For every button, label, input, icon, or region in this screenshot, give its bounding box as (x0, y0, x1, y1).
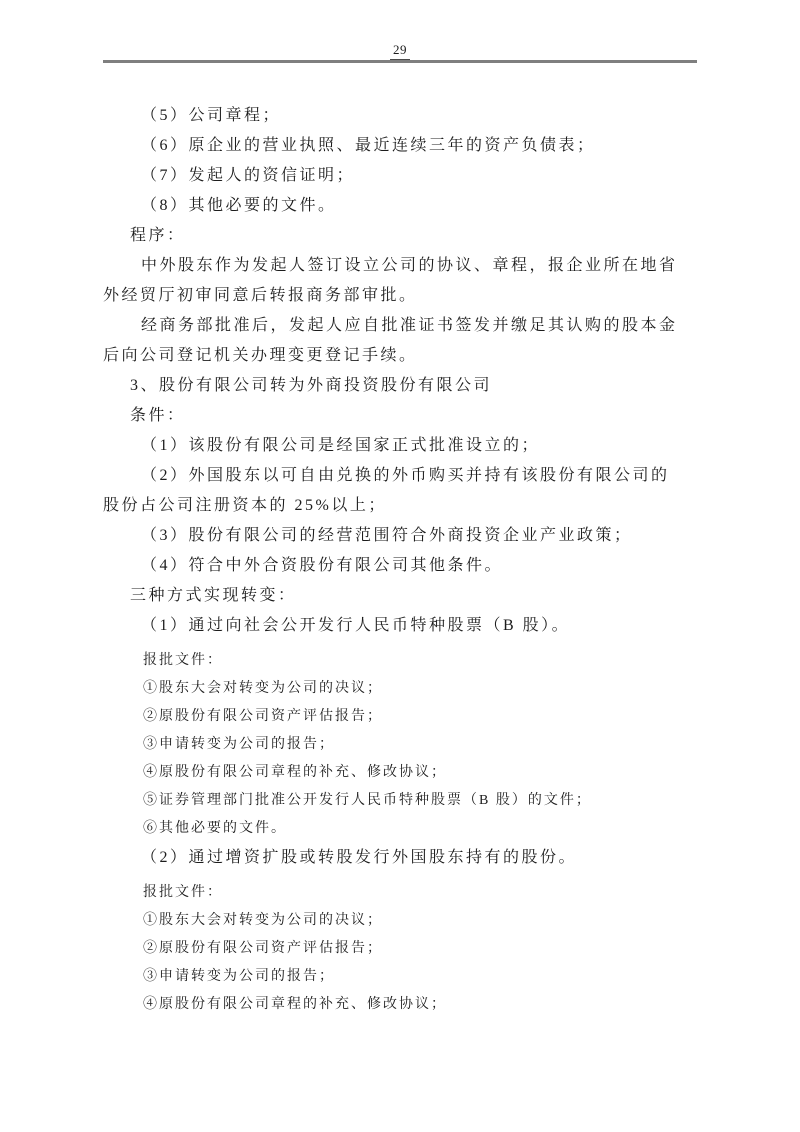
text-line: （5）公司章程； (103, 101, 697, 131)
text-line: ③申请转变为公司的报告； (103, 963, 697, 991)
text-line: ①股东大会对转变为公司的决议； (103, 675, 697, 703)
text-line: （8）其他必要的文件。 (103, 191, 697, 221)
text-line: （7）发起人的资信证明； (103, 161, 697, 191)
text-line: ⑤证券管理部门批准公开发行人民币特种股票（B 股）的文件； (103, 787, 697, 815)
page-header: 29 (0, 42, 800, 61)
text-line: 经商务部批准后，发起人应自批准证书签发并缴足其认购的股本金 (103, 311, 697, 341)
text-line: 条件： (103, 401, 697, 431)
text-line: （4）符合中外合资股份有限公司其他条件。 (103, 551, 697, 581)
document-page: 29 （5）公司章程；（6）原企业的营业执照、最近连续三年的资产负债表；（7）发… (0, 0, 800, 1132)
header-rule (103, 60, 697, 63)
text-line: （1）通过向社会公开发行人民币特种股票（B 股）。 (103, 611, 697, 641)
text-line: ①股东大会对转变为公司的决议； (103, 907, 697, 935)
document-body: （5）公司章程；（6）原企业的营业执照、最近连续三年的资产负债表；（7）发起人的… (103, 101, 697, 1019)
text-line: 3、股份有限公司转为外商投资股份有限公司 (103, 371, 697, 401)
text-line: （6）原企业的营业执照、最近连续三年的资产负债表； (103, 131, 697, 161)
text-line: 中外股东作为发起人签订设立公司的协议、章程，报企业所在地省 (103, 251, 697, 281)
text-line: ②原股份有限公司资产评估报告； (103, 935, 697, 963)
text-line: 程序： (103, 221, 697, 251)
text-line: ⑥其他必要的文件。 (103, 815, 697, 843)
text-line: ④原股份有限公司章程的补充、修改协议； (103, 759, 697, 787)
text-line: （2）外国股东以可自由兑换的外币购买并持有该股份有限公司的 (103, 461, 697, 491)
text-line: 股份占公司注册资本的 25%以上； (103, 491, 697, 521)
page-number: 29 (390, 42, 410, 61)
text-line: （3）股份有限公司的经营范围符合外商投资企业产业政策； (103, 521, 697, 551)
text-line: 后向公司登记机关办理变更登记手续。 (103, 341, 697, 371)
text-line: ②原股份有限公司资产评估报告； (103, 703, 697, 731)
text-line: ③申请转变为公司的报告； (103, 731, 697, 759)
text-line: 报批文件： (103, 879, 697, 907)
text-line: （1）该股份有限公司是经国家正式批准设立的； (103, 431, 697, 461)
text-line: （2）通过增资扩股或转股发行外国股东持有的股份。 (103, 843, 697, 873)
text-line: ④原股份有限公司章程的补充、修改协议； (103, 991, 697, 1019)
text-line: 外经贸厅初审同意后转报商务部审批。 (103, 281, 697, 311)
text-line: 三种方式实现转变： (103, 581, 697, 611)
text-line: 报批文件： (103, 647, 697, 675)
